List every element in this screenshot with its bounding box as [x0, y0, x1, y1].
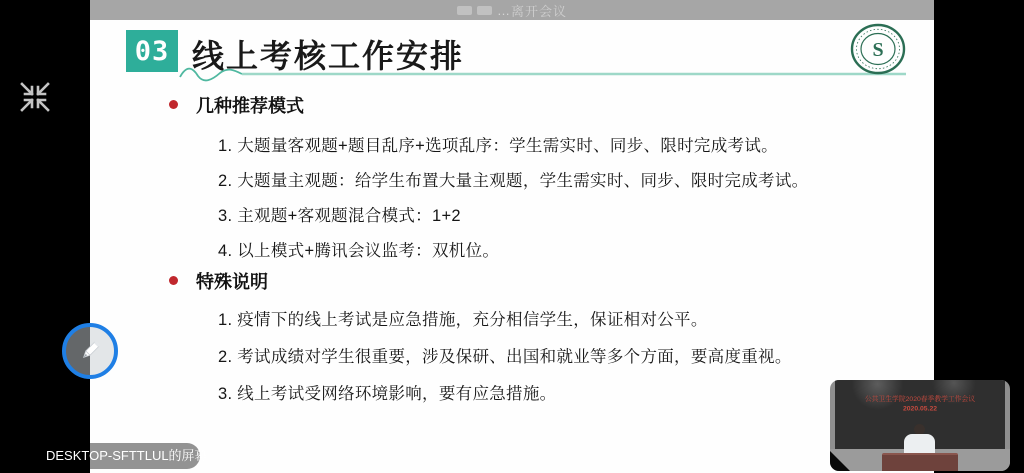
- annotate-button[interactable]: [62, 323, 118, 379]
- screen-share-label: DESKTOP-SFTTLUL的屏幕: [0, 443, 200, 469]
- leave-meeting-button[interactable]: 离开会议: [511, 1, 567, 20]
- board-title-text: 公共卫生学院2020春季教学工作会议: [862, 393, 978, 403]
- pencil-icon: [77, 338, 103, 364]
- list-item: 3. 主观题+客观题混合模式：1+2: [218, 202, 461, 226]
- lectern-desk: [882, 453, 958, 471]
- list-item: 4. 以上模式+腾讯会议监考：双机位。: [218, 237, 499, 261]
- list-item: 1. 疫情下的线上考试是应急措施，充分相信学生，保证相对公平。: [218, 306, 708, 330]
- list-item: 3. 线上考试受网络环境影响，要有应急措施。: [218, 380, 556, 404]
- shared-slide: 03 线上考核工作安排 S 几种推荐模式 1. 大题量客观题+题目乱序+选项乱序…: [90, 20, 934, 473]
- list-item: 1. 大题量客观题+题目乱序+选项乱序：学生需实时、同步、限时完成考试。: [218, 132, 778, 156]
- section-heading: 特殊说明: [196, 268, 268, 294]
- section-heading: 几种推荐模式: [196, 92, 304, 118]
- svg-text:S: S: [872, 39, 883, 61]
- ghost-icon: [477, 6, 492, 15]
- board-date-text: 2020.05.22: [862, 405, 978, 412]
- meeting-topbar: … 离开会议: [90, 0, 934, 20]
- thumbnail-corner-fold: [830, 451, 850, 471]
- section-bullet: [169, 100, 178, 109]
- list-item: 2. 考试成绩对学生很重要，涉及保研、出国和就业等多个方面，要高度重视。: [218, 343, 792, 367]
- exit-fullscreen-button[interactable]: [18, 80, 52, 114]
- school-seal-logo: S: [849, 22, 907, 76]
- section-bullet: [169, 276, 178, 285]
- slide-number: 03: [135, 36, 170, 67]
- ghost-icon: [457, 6, 472, 15]
- slide-number-box: 03: [126, 30, 178, 72]
- list-item: 2. 大题量主观题：给学生布置大量主观题，学生需实时、同步、限时完成考试。: [218, 167, 808, 191]
- topbar-ellipsis: …: [497, 3, 511, 18]
- collapse-arrows-icon: [19, 81, 51, 113]
- title-underline: [176, 64, 910, 82]
- presenter-video-thumbnail[interactable]: 公共卫生学院2020春季教学工作会议 2020.05.22: [830, 380, 1010, 471]
